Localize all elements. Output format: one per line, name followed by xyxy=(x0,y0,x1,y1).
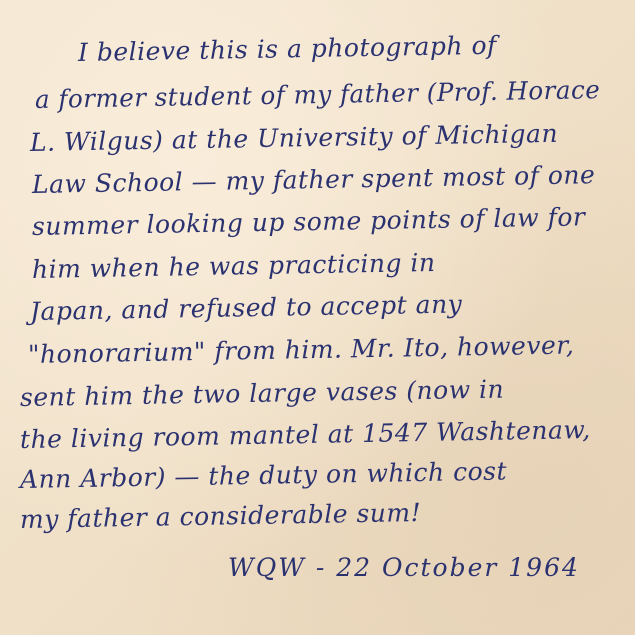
note-line-12: my father a considerable sum! xyxy=(20,498,422,534)
note-line-5: summer looking up some points of law for xyxy=(32,202,586,241)
note-line-6: him when he was practicing in xyxy=(32,248,436,284)
note-line-10: the living room mantel at 1547 Washtenaw… xyxy=(20,415,591,454)
note-line-3: L. Wilgus) at the University of Michigan xyxy=(30,119,559,157)
note-line-9: sent him the two large vases (now in xyxy=(20,375,505,412)
signature-date: WQW - 22 October 1964 xyxy=(228,553,580,582)
note-line-2: a former student of my father (Prof. Hor… xyxy=(35,75,601,114)
note-line-11: Ann Arbor) — the duty on which cost xyxy=(20,457,507,494)
note-line-7: Japan, and refused to accept any xyxy=(30,289,463,326)
note-line-1: I believe this is a photograph of xyxy=(78,31,497,67)
note-line-4: Law School — my father spent most of one xyxy=(32,160,596,199)
note-line-8: "honorarium" from him. Mr. Ito, however, xyxy=(28,330,575,369)
handwritten-note-page: I believe this is a photograph of a form… xyxy=(0,0,635,635)
